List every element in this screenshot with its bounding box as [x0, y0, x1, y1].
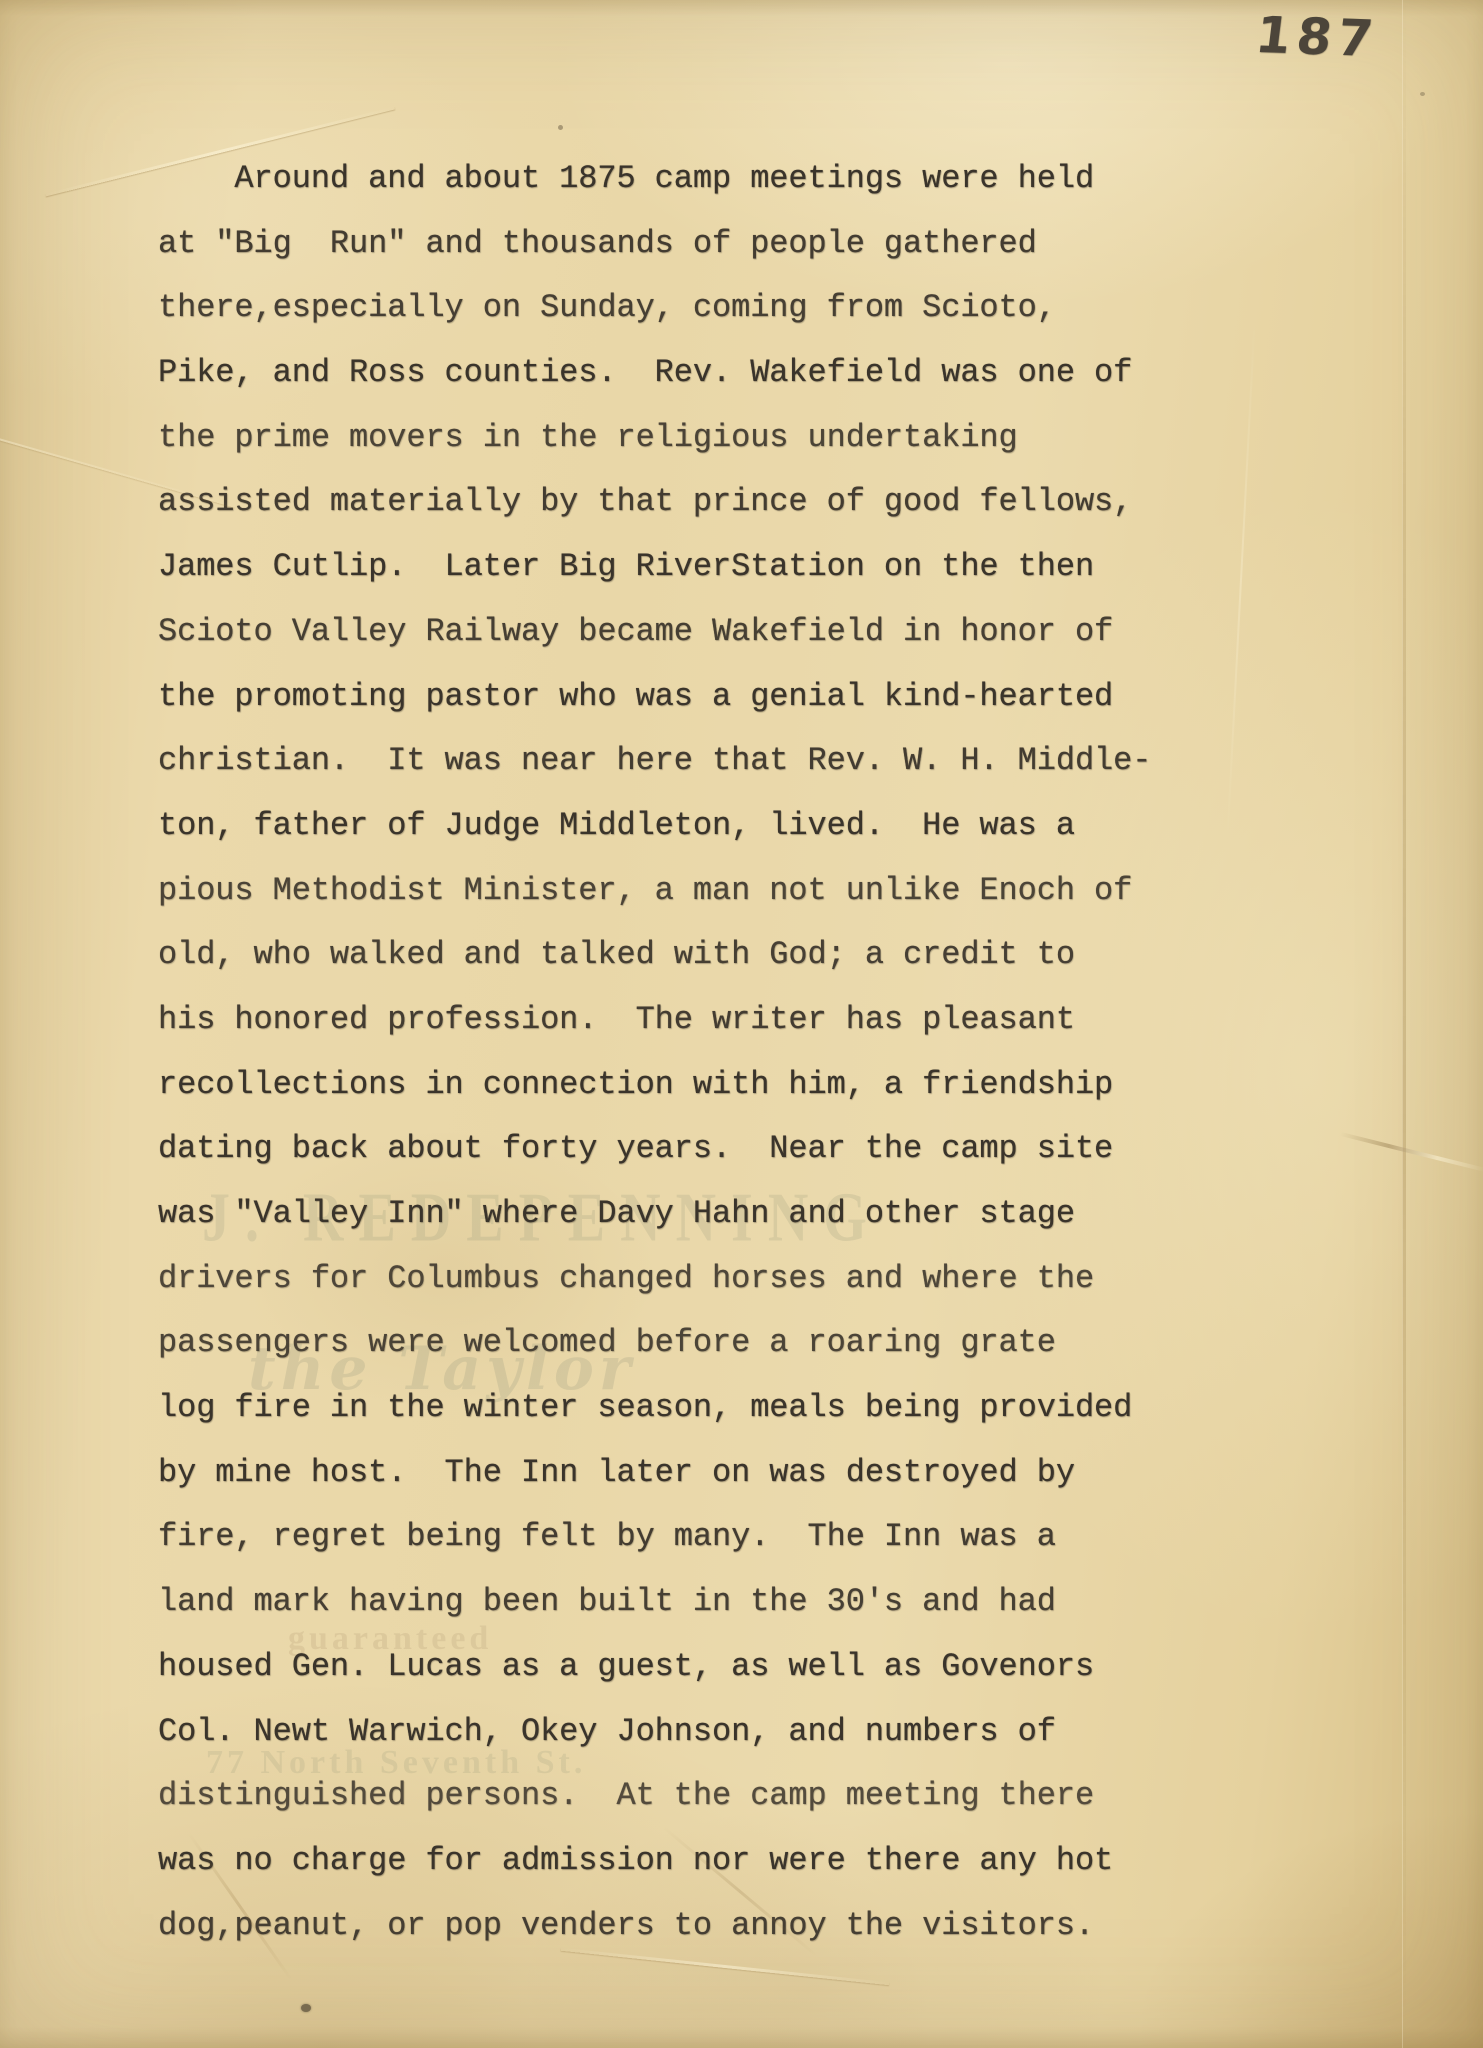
paper-crease [1226, 320, 1255, 839]
typed-line: was "Valley Inn" where Davy Hahn and oth… [158, 1182, 1151, 1247]
typed-line: there,especially on Sunday, coming from … [158, 276, 1151, 341]
typed-line: christian. It was near here that Rev. W.… [158, 729, 1151, 794]
typed-line: pious Methodist Minister, a man not unli… [158, 859, 1151, 924]
typed-line: the prime movers in the religious undert… [158, 406, 1151, 471]
handwritten-page-number: 187 [1252, 6, 1381, 68]
typed-line: ton, father of Judge Middleton, lived. H… [158, 794, 1151, 859]
typed-line: Around and about 1875 camp meetings were… [158, 147, 1151, 212]
ink-speck [558, 125, 563, 130]
typed-line: Pike, and Ross counties. Rev. Wakefield … [158, 341, 1151, 406]
typed-line: Scioto Valley Railway became Wakefield i… [158, 600, 1151, 665]
typed-line: passengers were welcomed before a roarin… [158, 1311, 1151, 1376]
typed-line: drivers for Columbus changed horses and … [158, 1247, 1151, 1312]
typed-line: the promoting pastor who was a genial ki… [158, 665, 1151, 730]
typed-line: fire, regret being felt by many. The Inn… [158, 1505, 1151, 1570]
typed-line: his honored profession. The writer has p… [158, 988, 1151, 1053]
typed-line: was no charge for admission nor were the… [158, 1829, 1151, 1894]
paper-fold-line [1402, 0, 1406, 2048]
typed-line: by mine host. The Inn later on was destr… [158, 1441, 1151, 1506]
typed-line: land mark having been built in the 30's … [158, 1570, 1151, 1635]
scanned-typewritten-page: J. REDEPENNING the Taylor guaranteed 77 … [0, 0, 1483, 2048]
typed-line: assisted materially by that prince of go… [158, 470, 1151, 535]
typed-line: housed Gen. Lucas as a guest, as well as… [158, 1635, 1151, 1700]
typed-line: James Cutlip. Later Big RiverStation on … [158, 535, 1151, 600]
typed-line: dog,peanut, or pop venders to annoy the … [158, 1894, 1151, 1959]
ink-speck [301, 2004, 311, 2012]
typed-line: dating back about forty years. Near the … [158, 1117, 1151, 1182]
typed-line: distinguished persons. At the camp meeti… [158, 1764, 1151, 1829]
ink-speck [1420, 92, 1425, 96]
typed-line: at "Big Run" and thousands of people gat… [158, 212, 1151, 277]
typed-line: old, who walked and talked with God; a c… [158, 923, 1151, 988]
typed-line: log fire in the winter season, meals bei… [158, 1376, 1151, 1441]
typed-paragraph: Around and about 1875 camp meetings were… [158, 147, 1151, 1958]
paper-crease [1340, 1132, 1483, 1172]
typed-line: Col. Newt Warwich, Okey Johnson, and num… [158, 1700, 1151, 1765]
typed-line: recollections in connection with him, a … [158, 1053, 1151, 1118]
